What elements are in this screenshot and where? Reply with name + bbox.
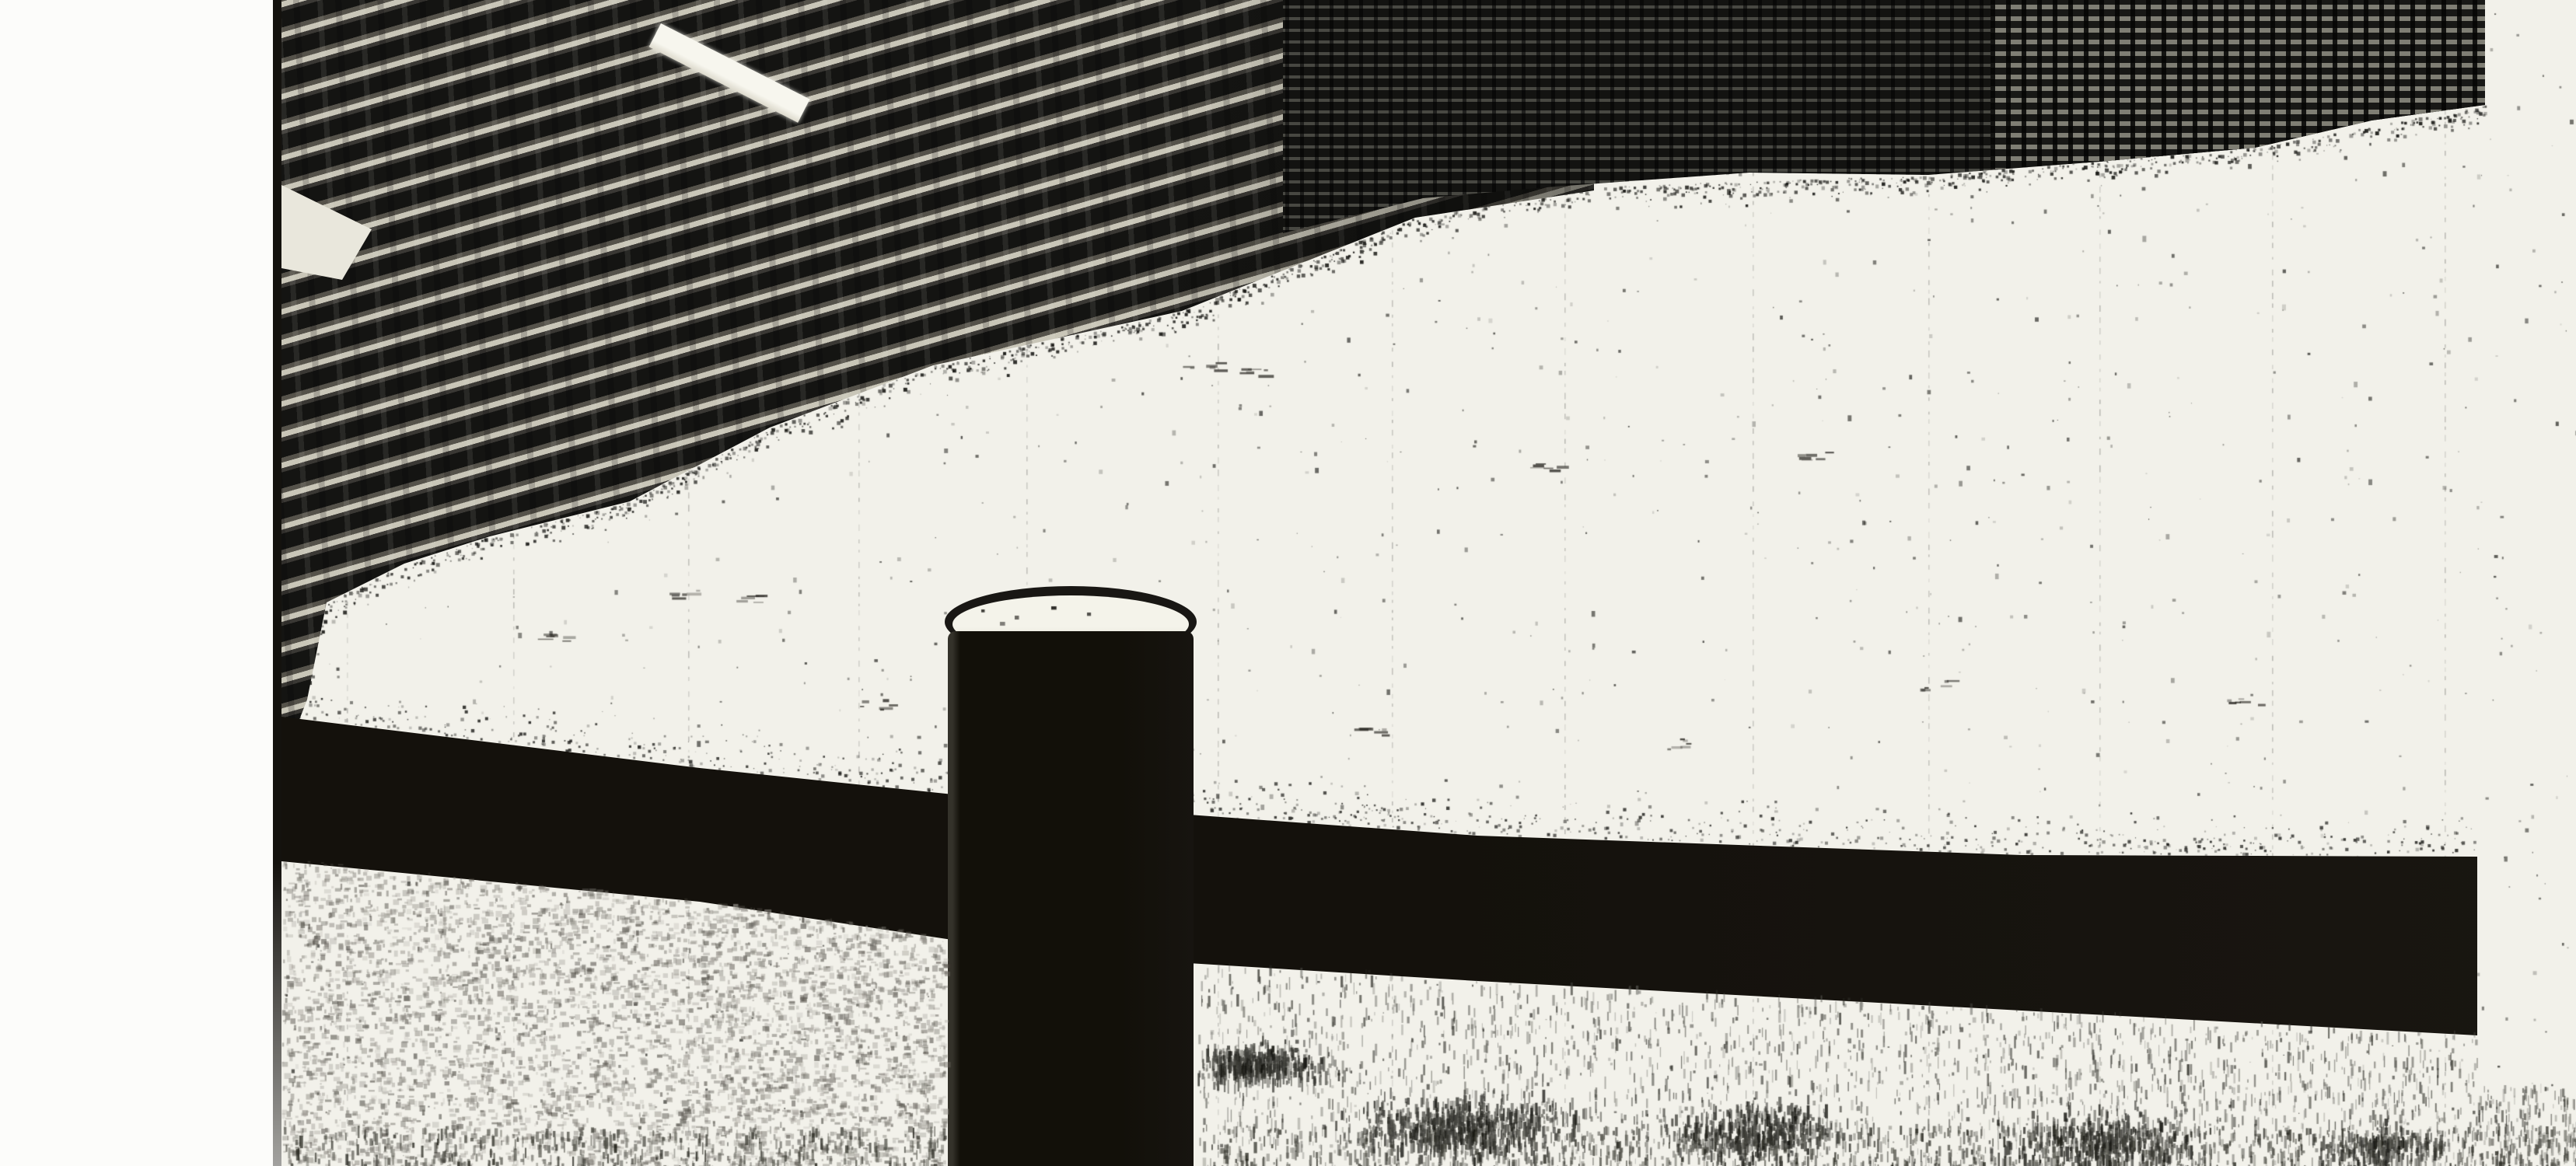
fence-post [948,631,1194,1166]
photo-border-line [273,0,281,1166]
scanned-page [0,0,2576,1166]
page-margin-left [0,0,273,1166]
